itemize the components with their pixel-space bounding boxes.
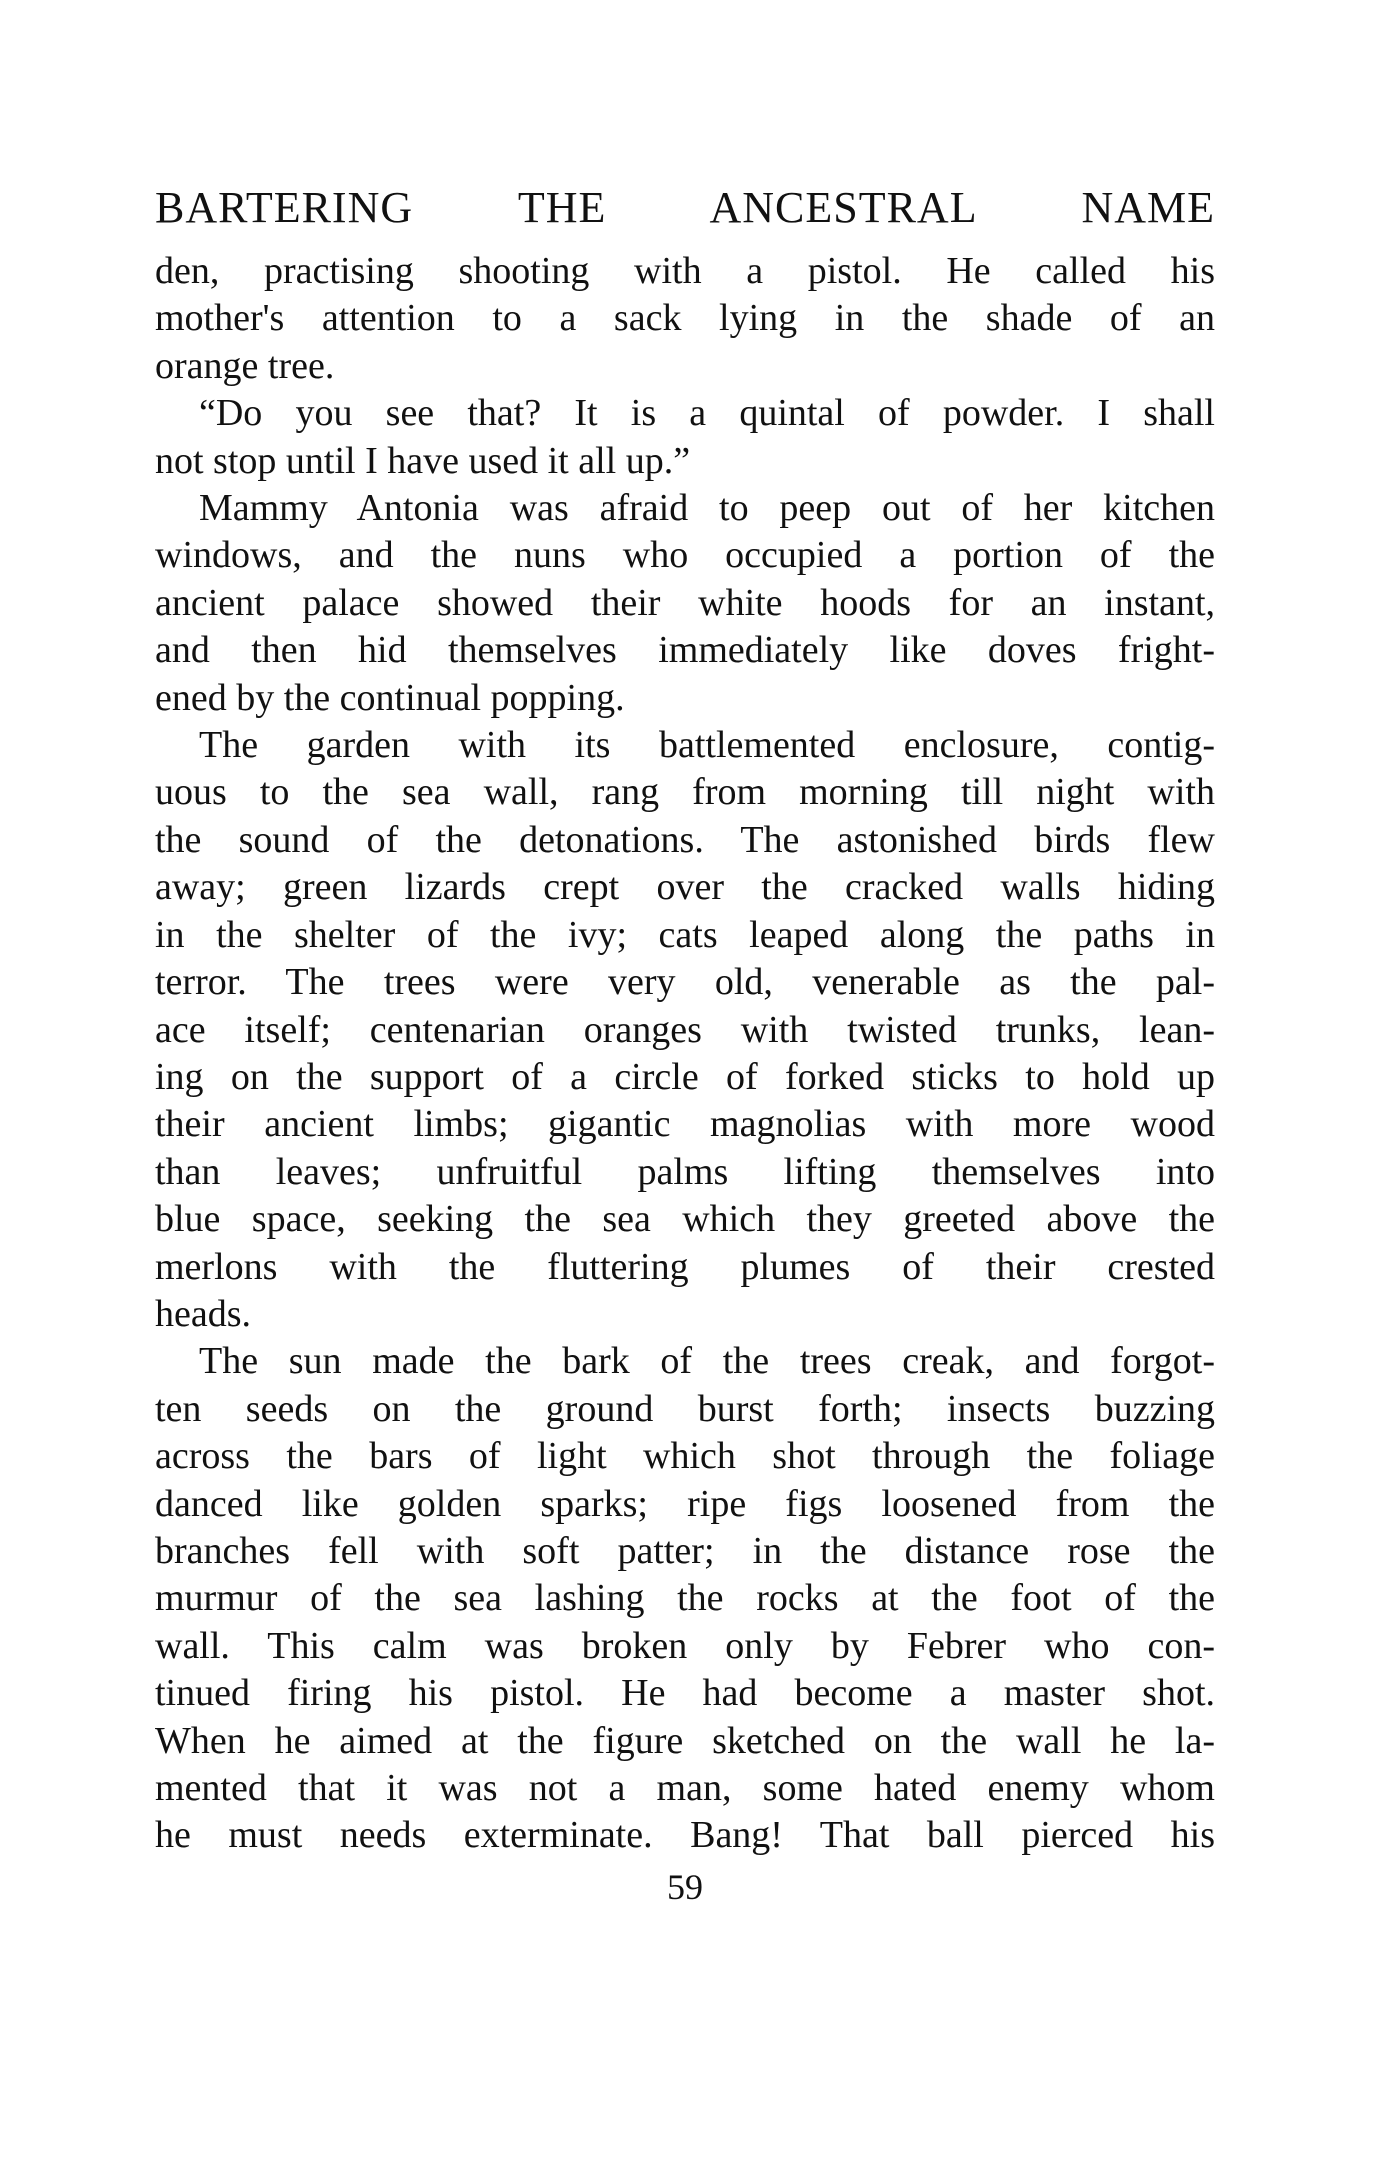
text-line: the sound of the detonations. The astoni… bbox=[155, 817, 1215, 864]
body-text: den, practising shooting with a pistol. … bbox=[155, 248, 1215, 1860]
text-line: wall. This calm was broken only by Febre… bbox=[155, 1623, 1215, 1670]
text-line: ancient palace showed their white hoods … bbox=[155, 580, 1215, 627]
text-line: merlons with the fluttering plumes of th… bbox=[155, 1244, 1215, 1291]
text-line: The garden with its battlemented enclosu… bbox=[155, 722, 1215, 769]
text-line: murmur of the sea lashing the rocks at t… bbox=[155, 1575, 1215, 1622]
text-line: ing on the support of a circle of forked… bbox=[155, 1054, 1215, 1101]
text-line: and then hid themselves immediately like… bbox=[155, 627, 1215, 674]
paragraph: den, practising shooting with a pistol. … bbox=[155, 248, 1215, 390]
text-line: windows, and the nuns who occupied a por… bbox=[155, 532, 1215, 579]
text-line: den, practising shooting with a pistol. … bbox=[155, 248, 1215, 295]
text-line: Mammy Antonia was afraid to peep out of … bbox=[155, 485, 1215, 532]
book-page: BARTERING THE ANCESTRAL NAME den, practi… bbox=[155, 180, 1215, 1910]
paragraph: The sun made the bark of the trees creak… bbox=[155, 1338, 1215, 1859]
text-line: The sun made the bark of the trees creak… bbox=[155, 1338, 1215, 1385]
text-line: “Do you see that? It is a quintal of pow… bbox=[155, 390, 1215, 437]
running-head: BARTERING THE ANCESTRAL NAME bbox=[155, 180, 1215, 236]
text-line: their ancient limbs; gigantic magnolias … bbox=[155, 1101, 1215, 1148]
paragraph: The garden with its battlemented enclosu… bbox=[155, 722, 1215, 1338]
text-line: tinued firing his pistol. He had become … bbox=[155, 1670, 1215, 1717]
text-line: not stop until I have used it all up.” bbox=[155, 438, 1215, 485]
text-line: mented that it was not a man, some hated… bbox=[155, 1765, 1215, 1812]
page-number: 59 bbox=[155, 1864, 1215, 1910]
text-line: away; green lizards crept over the crack… bbox=[155, 864, 1215, 911]
text-line: blue space, seeking the sea which they g… bbox=[155, 1196, 1215, 1243]
text-line: danced like golden sparks; ripe figs loo… bbox=[155, 1481, 1215, 1528]
text-line: When he aimed at the figure sketched on … bbox=[155, 1718, 1215, 1765]
text-line: mother's attention to a sack lying in th… bbox=[155, 295, 1215, 342]
paragraph: “Do you see that? It is a quintal of pow… bbox=[155, 390, 1215, 485]
text-line: he must needs exterminate. Bang! That ba… bbox=[155, 1812, 1215, 1859]
text-line: ened by the continual popping. bbox=[155, 675, 1215, 722]
text-line: terror. The trees were very old, venerab… bbox=[155, 959, 1215, 1006]
text-line: across the bars of light which shot thro… bbox=[155, 1433, 1215, 1480]
text-line: ace itself; centenarian oranges with twi… bbox=[155, 1007, 1215, 1054]
text-line: heads. bbox=[155, 1291, 1215, 1338]
text-line: in the shelter of the ivy; cats leaped a… bbox=[155, 912, 1215, 959]
text-line: than leaves; unfruitful palms lifting th… bbox=[155, 1149, 1215, 1196]
text-line: ten seeds on the ground burst forth; ins… bbox=[155, 1386, 1215, 1433]
text-line: branches fell with soft patter; in the d… bbox=[155, 1528, 1215, 1575]
text-line: uous to the sea wall, rang from morning … bbox=[155, 769, 1215, 816]
paragraph: Mammy Antonia was afraid to peep out of … bbox=[155, 485, 1215, 722]
text-line: orange tree. bbox=[155, 343, 1215, 390]
